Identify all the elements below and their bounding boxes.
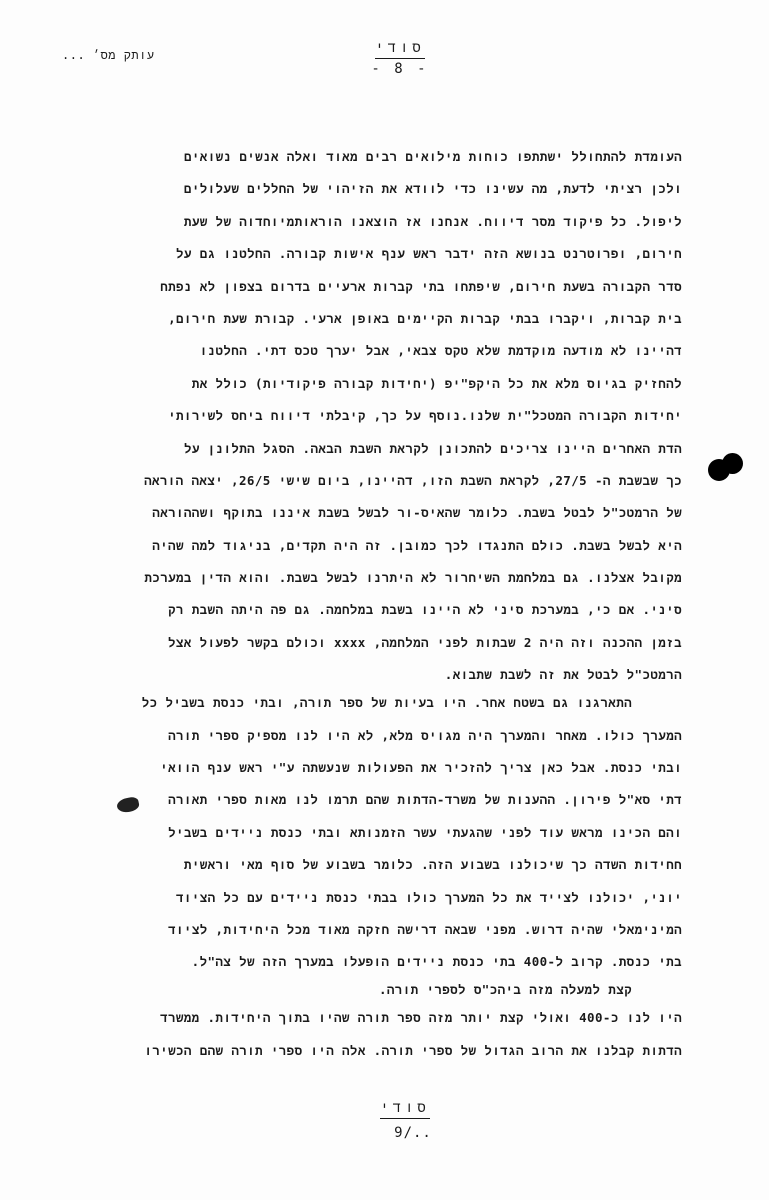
- text-line: בתי כנסת. קרוב ל-400 בתי כנסת ניידים הופ…: [105, 948, 682, 976]
- text-line: הרמטכ"ל לבטל את זה לשבת שתבוא.: [105, 661, 682, 689]
- text-line: להחזיק בגיוס מלא את כל היקפ"יפ (יחידות ק…: [105, 370, 682, 402]
- text-line: והם הכינו מראש עוד לפני שהגעתי עשר הזמנו…: [105, 819, 682, 851]
- text-line: יחידות הקבורה המטכל"ית שלנו.נוסף על כך, …: [105, 402, 682, 434]
- text-line: המערך כולו. מאחר והמערך היה מגויס מלא, ל…: [105, 722, 682, 754]
- text-line: קצת למעלה מזה ביהכ"ס לספרי תורה.: [105, 976, 682, 1004]
- text-line: בית קברות, ויקברו בבתי קברות הקיימים באו…: [105, 305, 682, 337]
- text-line: היו לנו כ-400 ואולי קצת יותר מזה ספר תור…: [105, 1004, 682, 1036]
- text-line: סיני. אם כי, במערכת סיני לא היינו בשבת ב…: [105, 596, 682, 628]
- text-line: ובתי כנסת. אבל כאן צריך להזכיר את הפעולו…: [105, 754, 682, 786]
- text-line: הדת האחרים היינו צריכים להתכונן לקראת הש…: [105, 435, 682, 467]
- text-line: התארגנו גם בשטח אחר. היו בעיות של ספר תו…: [105, 689, 682, 721]
- text-line: חחידות השדה כך שיכולנו בשבוע הזה. כלומר …: [105, 851, 682, 883]
- text-line: כך שבשבת ה- 27/5, לקראת השבת הזו, דהיינו…: [105, 467, 682, 499]
- ink-blot: [708, 453, 746, 483]
- text-line: ולכן רציתי לדעת, מה עשינו כדי לוודא את ה…: [105, 175, 682, 207]
- text-line: בזמן ההכנה וזה היה 2 שבתות לפני המלחמה, …: [105, 629, 682, 661]
- body-text: העומדת להתחולל ישתתפו כוחות מילואים רבים…: [105, 143, 682, 1069]
- document-page: עותק מס׳ ... סודי - 8 - העומדת להתחולל י…: [0, 0, 769, 1200]
- footer-classification-block: סודי 9/..: [360, 1100, 450, 1141]
- page-number: - 8 -: [355, 61, 445, 77]
- text-line: מקובל אצלנו. גם במלחמת השיחרור לא היתרנו…: [105, 564, 682, 596]
- text-line: דהיינו לא מודעה מוקדמת שלא טקס צבאי, אבל…: [105, 337, 682, 369]
- continued-marker: 9/..: [360, 1125, 450, 1141]
- footer-classification-marking: סודי: [380, 1100, 430, 1119]
- text-line: היא לבשל בשבת. כולם התנגדו לכך כמובן. זה…: [105, 532, 682, 564]
- text-line: יוני, יכולנו לצייד את כל המערך כולו בבתי…: [105, 884, 682, 916]
- text-line: סדר הקבורה בשעת חירום, שיפתחו בתי קברות …: [105, 273, 682, 305]
- text-line: העומדת להתחולל ישתתפו כוחות מילואים רבים…: [105, 143, 682, 175]
- text-line: חירום, ופרוטרנט בנושא הזה ידבר ראש ענף א…: [105, 240, 682, 272]
- text-line: דתי סא"ל פירון. ההענות של משרד-הדתות שהם…: [105, 786, 682, 818]
- text-line: המינימאלי שהיה דרוש. מפני שבאה דרישה חזק…: [105, 916, 682, 948]
- text-line: ליפול. כל פיקוד מסר דיווח. אנחנו אז הוצא…: [105, 208, 682, 240]
- copy-number: עותק מס׳ ...: [62, 48, 155, 63]
- header-classification-block: סודי - 8 -: [355, 40, 445, 77]
- text-line: הדתות קבלנו את הרוב הגדול של ספרי תורה. …: [105, 1037, 682, 1069]
- text-line: של הרמטכ"ל לבטל בשבת. כלומר שהאיס-ור לבש…: [105, 499, 682, 531]
- classification-marking: סודי: [375, 40, 425, 59]
